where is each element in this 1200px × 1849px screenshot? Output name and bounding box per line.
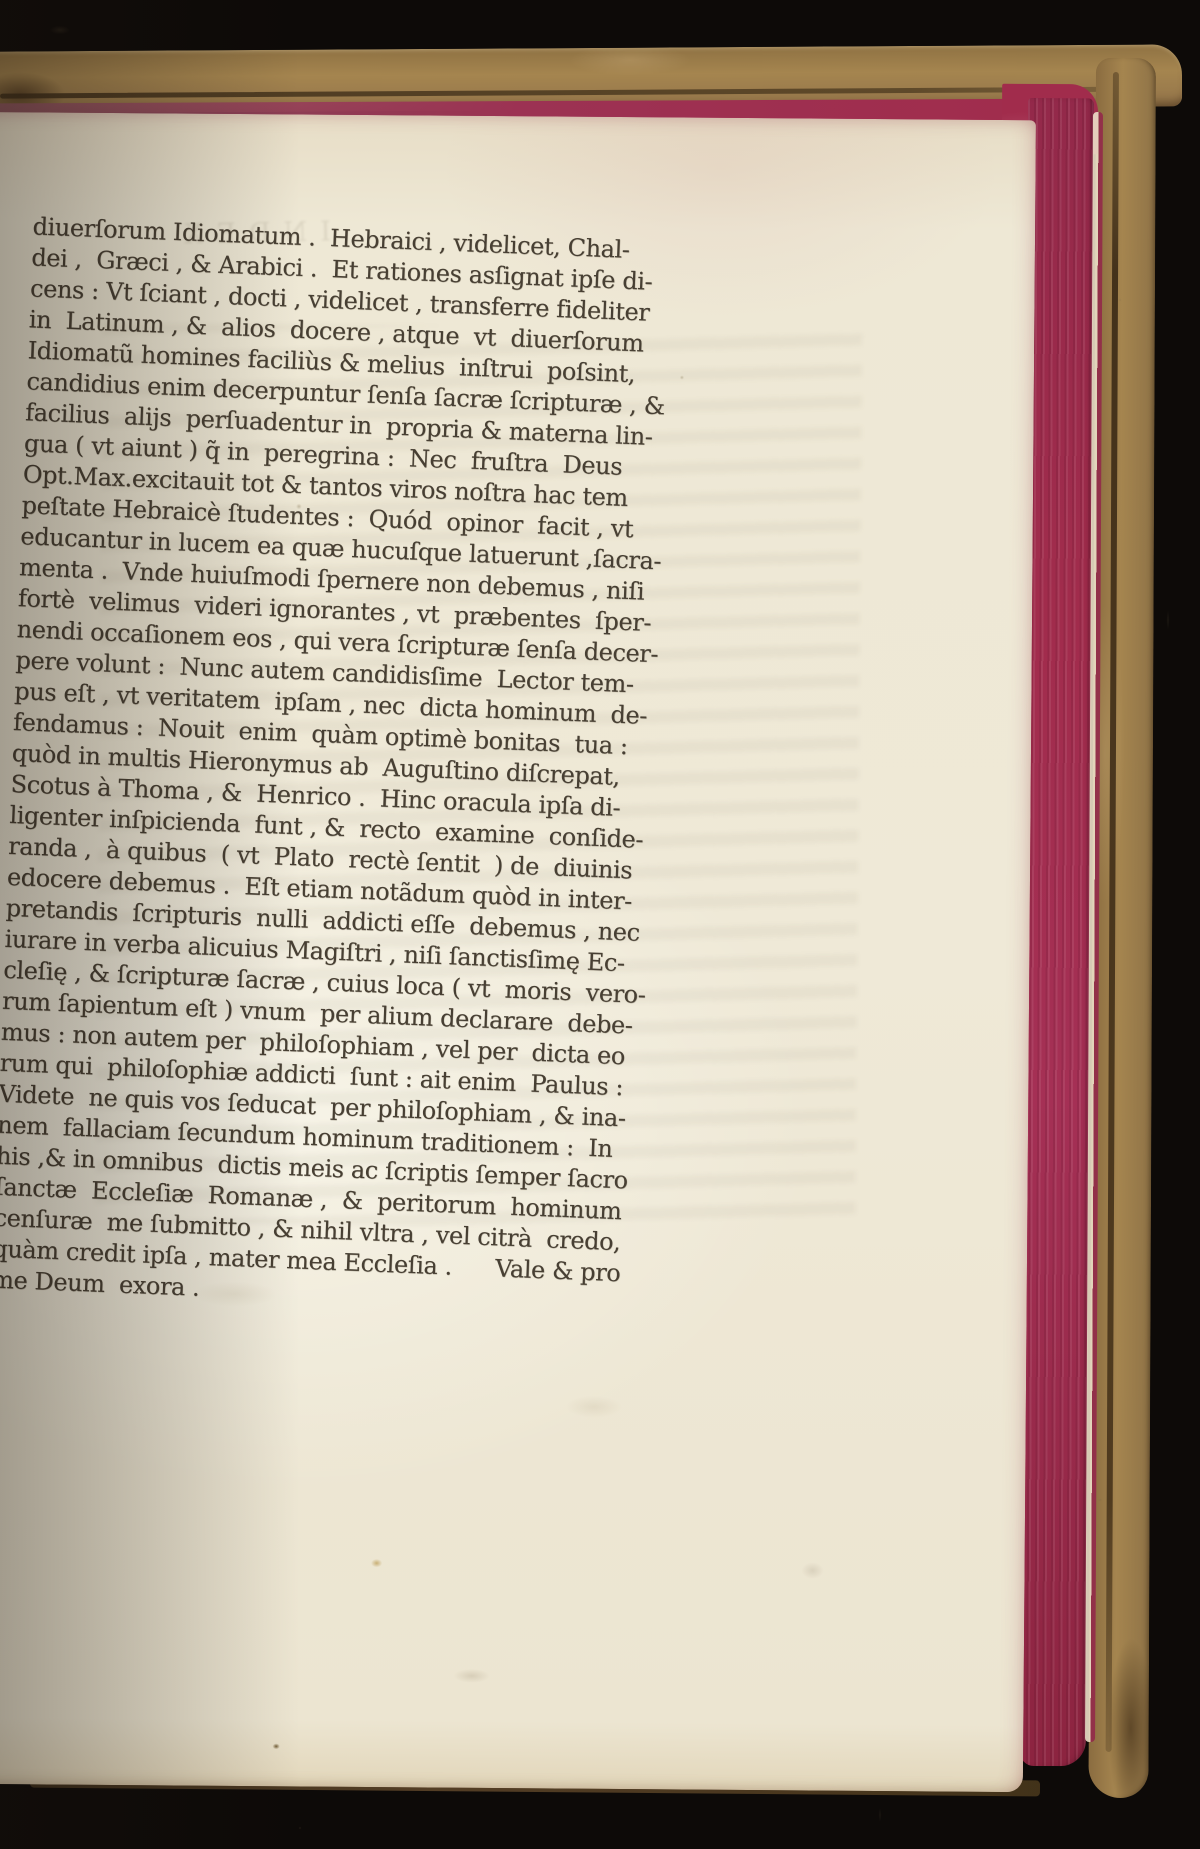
cover-groove-top (0, 87, 1136, 99)
photo-background: { "page_text": { "lines": [ "diuerſorum … (0, 0, 1200, 1849)
cover-groove-right (1106, 72, 1119, 1752)
page-text: diuerſorum Idiomatum . Hebraici , videli… (0, 211, 713, 1322)
book-page: INDEX diuerſorum Idiomatum . Hebraici , … (0, 112, 1036, 1792)
book-scan: INDEX diuerſorum Idiomatum . Hebraici , … (0, 0, 1200, 1849)
